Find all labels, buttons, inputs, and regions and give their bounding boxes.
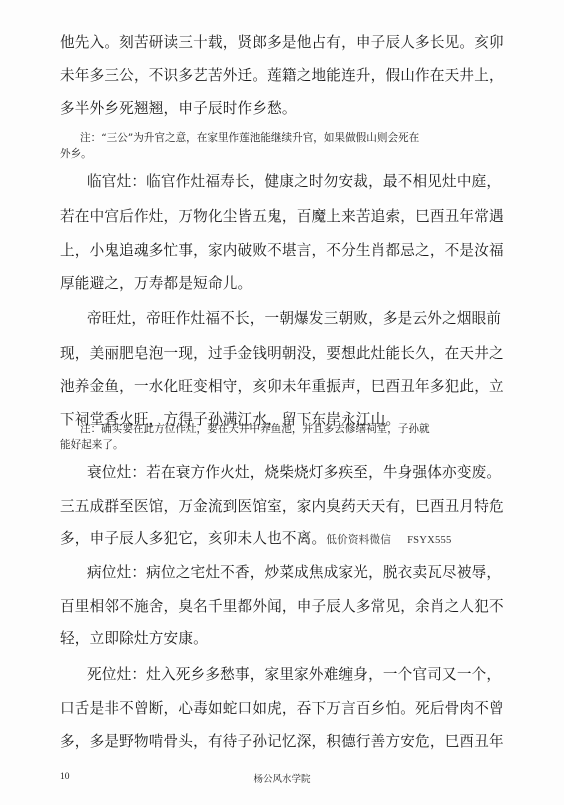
line-text: 多，多是野物啃骨头，有待子孙记忆深，积德行善方安危，巳酉丑年 (60, 733, 504, 750)
body-text-line: 三五成群至医馆，万金流到医馆室，家内臭药天天有，巳酉丑月特危 (60, 497, 456, 517)
body-text-line: 现，美丽肥皂泡一现，过手金钱明朝没，要想此灶能长久，在天井之 (60, 344, 456, 364)
line-text: 口舌是非不曾断，心毒如蛇口如虎，吞下万言百乡怕。死后骨肉不曾 (60, 700, 504, 717)
body-text-line: 多半外乡死翘翘，申子辰时作乡愁。 (60, 99, 456, 119)
line-text: 能好起来了。 (60, 439, 124, 451)
body-text-line: 百里相邻不施舍，臭名千里都外闻，申子辰人多常见，余肖之人犯不 (60, 597, 456, 617)
line-text: 百里相邻不施舍，臭名千里都外闻，申子辰人多常见，余肖之人犯不 (60, 598, 504, 615)
line-text: 未年多三公，不识多艺苦外迁。莲籍之地能连升，假山作在天井上， (60, 67, 504, 84)
body-text-line: 帝旺灶，帝旺作灶福不长，一朝爆发三朝败，多是云外之烟眼前 (87, 309, 483, 329)
body-text-line: 衰位灶：若在衰方作火灶，烧柴烧灯多疾至，牛身强体亦变废。 (87, 463, 483, 483)
line-text: 病位灶：病位之宅灶不香，炒菜成焦成家光，脱衣卖瓦尽被辱， (87, 564, 501, 581)
line-text: 注：确实要在此方位作灶，要在天井中养鱼池，并且多去修缮祠堂，子孙就 (80, 423, 430, 435)
body-text-line: 池养金鱼，一水化旺变相守，亥卯未年重振声，巳酉丑年多犯此，立 (60, 377, 456, 397)
body-text-line: 未年多三公，不识多艺苦外迁。莲籍之地能连升，假山作在天井上， (60, 66, 456, 86)
line-text: 池养金鱼，一水化旺变相守，亥卯未年重振声，巳酉丑年多犯此，立 (60, 378, 504, 395)
line-text: 多半外乡死翘翘，申子辰时作乡愁。 (60, 100, 297, 117)
line-text: 他先入。刻苦研读三十载，贤郎多是他占有，申子辰人多长见。亥卯 (60, 34, 504, 51)
body-text-line: 他先入。刻苦研读三十载，贤郎多是他占有，申子辰人多长见。亥卯 (60, 33, 456, 53)
body-text-line: 上，小鬼追魂多忙事，家内破败不堪言，不分生肖都忌之，不是汝福 (60, 241, 456, 261)
annotation-note-line: 注：确实要在此方位作灶，要在天井中养鱼池，并且多去修缮祠堂，子孙就 (80, 422, 476, 436)
line-text: 轻，立即除灶方安康。 (60, 630, 208, 647)
line-text: 注：“三公”为升官之意，在家里作莲池能继续升官，如果做假山则会死在 (80, 132, 419, 144)
line-text: 帝旺灶，帝旺作灶福不长，一朝爆发三朝败，多是云外之烟眼前 (87, 310, 501, 327)
line-text: 若在中宫后作灶，万物化尘皆五鬼，百魔上来苦追索，巳酉丑年常遇 (60, 208, 504, 225)
line-text: 厚能避之，万寿都是短命儿。 (60, 275, 252, 292)
line-text: 衰位灶：若在衰方作火灶，烧柴烧灯多疾至，牛身强体亦变废。 (87, 464, 501, 481)
line-text: 死位灶：灶入死乡多愁事，家里家外难缠身，一个官司又一个， (87, 666, 501, 683)
body-text-line: 口舌是非不曾断，心毒如蛇口如虎，吞下万言百乡怕。死后骨肉不曾 (60, 699, 456, 719)
body-text-line: 若在中宫后作灶，万物化尘皆五鬼，百魔上来苦追索，巳酉丑年常遇 (60, 207, 456, 227)
line-text: 上，小鬼追魂多忙事，家内破败不堪言，不分生肖都忌之，不是汝福 (60, 242, 504, 259)
line-text: 三五成群至医馆，万金流到医馆室，家内臭药天天有，巳酉丑月特危 (60, 498, 504, 515)
document-page: 他先入。刻苦研读三十载，贤郎多是他占有，申子辰人多长见。亥卯未年多三公，不识多艺… (0, 0, 564, 805)
line-text: 外乡。 (60, 148, 92, 160)
annotation-note-line: 外乡。 (60, 147, 456, 161)
watermark-ad-code: FSYX555 (407, 535, 451, 546)
body-text-line: 临官灶：临官作灶福寿长，健康之时勿安裁，最不相见灶中庭， (87, 172, 483, 192)
line-text: 多，申子辰人多犯它，亥卯未人也不离。 (60, 530, 326, 547)
annotation-note-line: 注：“三公”为升官之意，在家里作莲池能继续升官，如果做假山则会死在 (80, 131, 476, 145)
footer-title: 杨公风水学院 (0, 771, 564, 785)
watermark-ad-text: 低价资料微信 (326, 534, 391, 546)
body-text-line: 死位灶：灶入死乡多愁事，家里家外难缠身，一个官司又一个， (87, 665, 483, 685)
body-text-line: 多，申子辰人多犯它，亥卯未人也不离。低价资料微信FSYX555 (60, 529, 456, 551)
body-text-line: 厚能避之，万寿都是短命儿。 (60, 274, 456, 294)
body-text-line: 病位灶：病位之宅灶不香，炒菜成焦成家光，脱衣卖瓦尽被辱， (87, 563, 483, 583)
body-text-line: 轻，立即除灶方安康。 (60, 629, 456, 649)
line-text: 现，美丽肥皂泡一现，过手金钱明朝没，要想此灶能长久，在天井之 (60, 345, 504, 362)
line-text: 临官灶：临官作灶福寿长，健康之时勿安裁，最不相见灶中庭， (87, 173, 501, 190)
body-text-line: 多，多是野物啃骨头，有待子孙记忆深，积德行善方安危，巳酉丑年 (60, 732, 456, 752)
annotation-note-line: 能好起来了。 (60, 438, 456, 452)
